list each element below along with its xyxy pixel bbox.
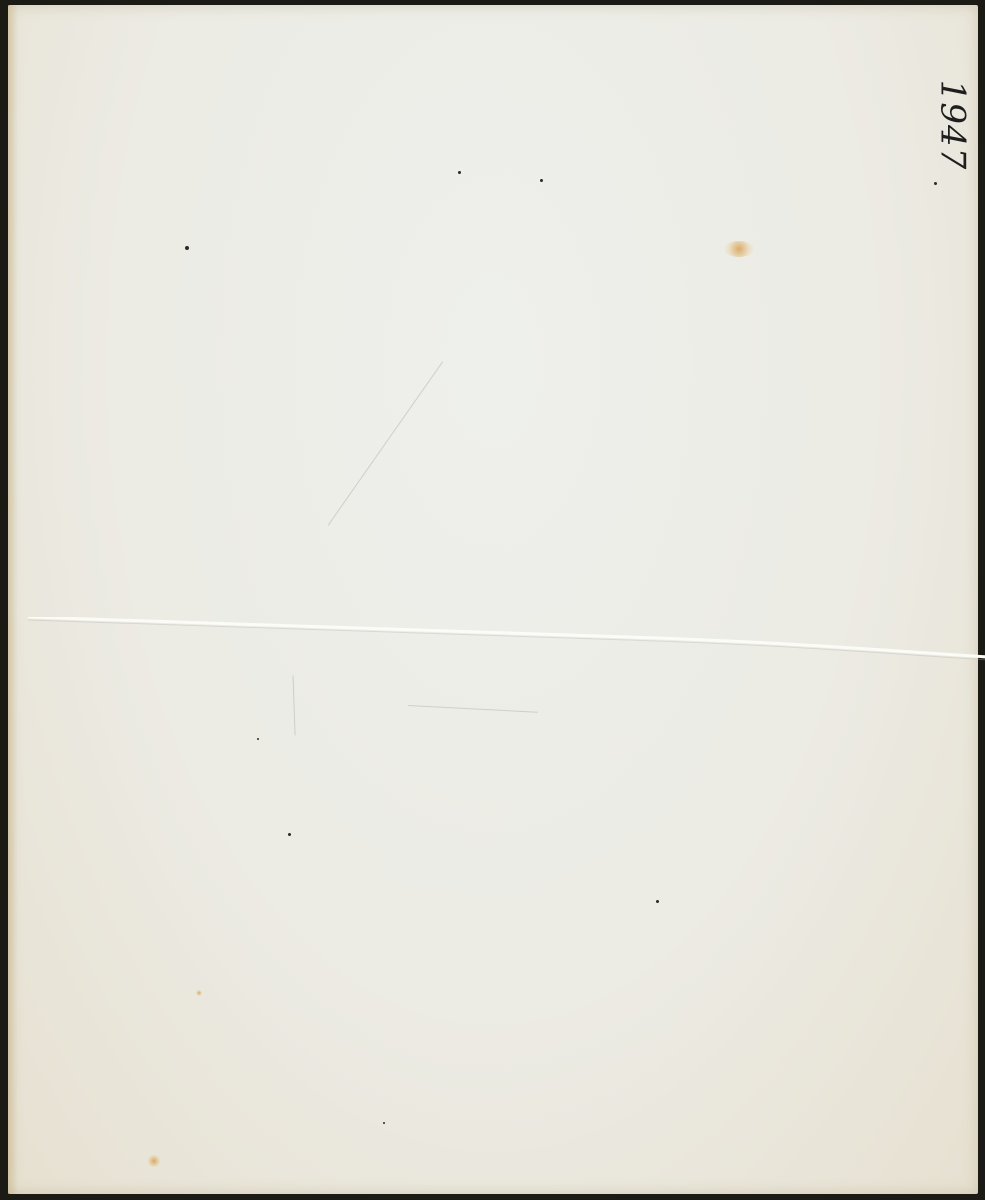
scratch-mark [408, 705, 538, 713]
scratch-mark [293, 675, 296, 735]
dust-speck [383, 1122, 385, 1124]
stain-spot [724, 241, 754, 257]
year-text: 1947 [932, 80, 972, 171]
handwritten-year: 1947 [932, 70, 972, 180]
stain-spot [196, 990, 202, 996]
paper-aged-edge [8, 5, 18, 1194]
dust-speck [257, 738, 259, 740]
fold-crease [28, 617, 985, 677]
scratch-mark [328, 361, 444, 525]
dust-speck [540, 179, 543, 182]
stain-spot [148, 1155, 160, 1167]
dust-speck [185, 246, 189, 250]
dust-speck [656, 900, 659, 903]
dust-speck [934, 182, 937, 185]
dust-speck [458, 171, 461, 174]
dust-speck [288, 833, 291, 836]
photo-back-paper [8, 5, 978, 1194]
